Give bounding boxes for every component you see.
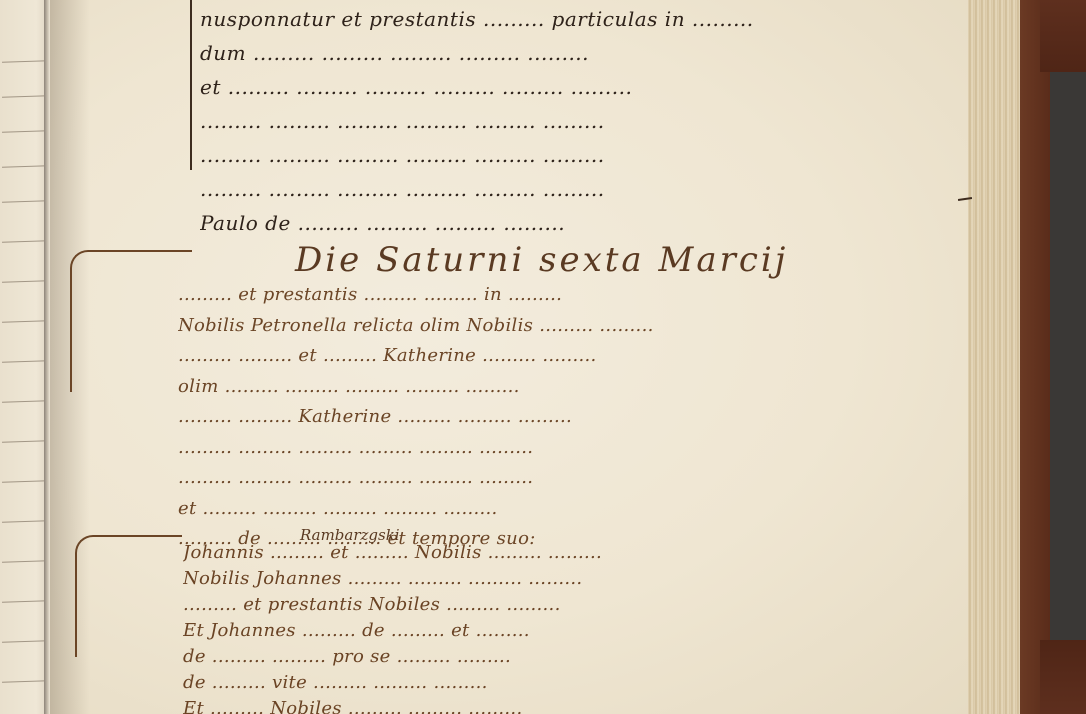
page-stack-edge — [968, 0, 1020, 714]
text-line: Et Johannes ......... de ......... et ..… — [183, 618, 883, 644]
text-line: ......... et prestantis Nobiles ........… — [183, 592, 883, 618]
entry-date-heading: Die Saturni sexta Marcij — [295, 240, 788, 280]
text-line: de ......... ......... pro se ......... … — [183, 644, 883, 670]
text-line: ......... ......... ......... ......... … — [200, 172, 960, 206]
entry-flourish — [70, 250, 192, 392]
text-line: et ......... ......... ......... .......… — [200, 70, 960, 104]
text-line: nusponnatur et prestantis ......... part… — [200, 2, 960, 36]
text-line: ......... ......... ......... ......... … — [200, 138, 960, 172]
cover-corner-top — [1040, 0, 1086, 72]
text-line: Paulo de ......... ......... ......... .… — [200, 206, 960, 240]
text-line: olim ......... ......... ......... .....… — [178, 372, 898, 403]
text-line: Nobilis Johannes ......... ......... ...… — [183, 566, 883, 592]
entry-middle: ......... et prestantis ......... ......… — [178, 280, 898, 555]
text-line: Et ......... Nobiles ......... .........… — [183, 696, 883, 714]
text-line: dum ......... ......... ......... ......… — [200, 36, 960, 70]
text-line: ......... ......... et ......... Katheri… — [178, 341, 898, 372]
text-line: de ......... vite ......... ......... ..… — [183, 670, 883, 696]
margin-rule — [190, 0, 192, 170]
text-line: Johannis ......... et ......... Nobilis … — [183, 540, 883, 566]
text-line: ......... ......... ......... ......... … — [178, 463, 898, 494]
text-line: ......... ......... Katherine ......... … — [178, 402, 898, 433]
text-line: Nobilis Petronella relicta olim Nobilis … — [178, 311, 898, 342]
binding-leather — [1020, 0, 1050, 714]
entry-bottom: Johannis ......... et ......... Nobilis … — [183, 540, 883, 714]
text-line: ......... ......... ......... ......... … — [200, 104, 960, 138]
cover-corner-bottom — [1040, 640, 1086, 714]
text-line: et ......... ......... ......... .......… — [178, 494, 898, 525]
text-line: ......... ......... ......... ......... … — [178, 433, 898, 464]
cover-cloth — [1050, 72, 1086, 640]
entry-flourish — [75, 535, 182, 657]
text-line: ......... et prestantis ......... ......… — [178, 280, 898, 311]
entry-top: nusponnatur et prestantis ......... part… — [200, 2, 960, 240]
